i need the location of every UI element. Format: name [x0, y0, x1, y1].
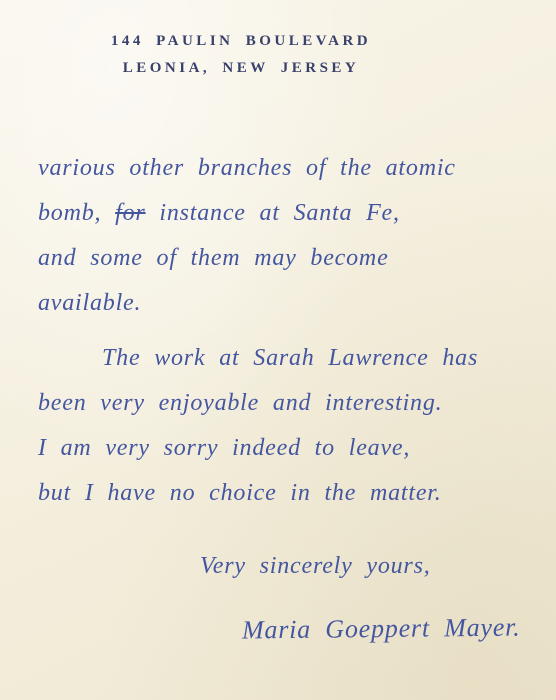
- body-line: been very enjoyable and interesting.: [38, 381, 530, 426]
- paragraph-1: various other branches of the atomic bom…: [38, 146, 530, 326]
- body-line: bomb, for instance at Santa Fe,: [38, 191, 530, 236]
- signature: Maria Goeppert Mayer.: [38, 604, 530, 654]
- body-line: I am very sorry indeed to leave,: [38, 426, 530, 471]
- closing-salutation: Very sincerely yours,: [38, 544, 530, 589]
- line-segment: instance at Santa Fe,: [146, 200, 400, 226]
- letter-body: various other branches of the atomic bom…: [38, 146, 530, 652]
- letterhead: 144 PAULIN BOULEVARD LEONIA, NEW JERSEY: [0, 28, 519, 82]
- body-line: but I have no choice in the matter.: [38, 471, 530, 516]
- body-line: and some of them may become: [38, 236, 530, 281]
- body-line: available.: [38, 281, 530, 326]
- line-segment: bomb,: [38, 200, 115, 226]
- letterhead-city-line: LEONIA, NEW JERSEY: [0, 55, 519, 82]
- body-line: The work at Sarah Lawrence has: [38, 336, 530, 381]
- crossed-out-word: for: [115, 200, 145, 226]
- paragraph-2: The work at Sarah Lawrence has been very…: [38, 336, 530, 516]
- letterhead-address-line: 144 PAULIN BOULEVARD: [0, 28, 519, 55]
- body-line: various other branches of the atomic: [38, 146, 530, 191]
- letter-page: 144 PAULIN BOULEVARD LEONIA, NEW JERSEY …: [0, 0, 556, 700]
